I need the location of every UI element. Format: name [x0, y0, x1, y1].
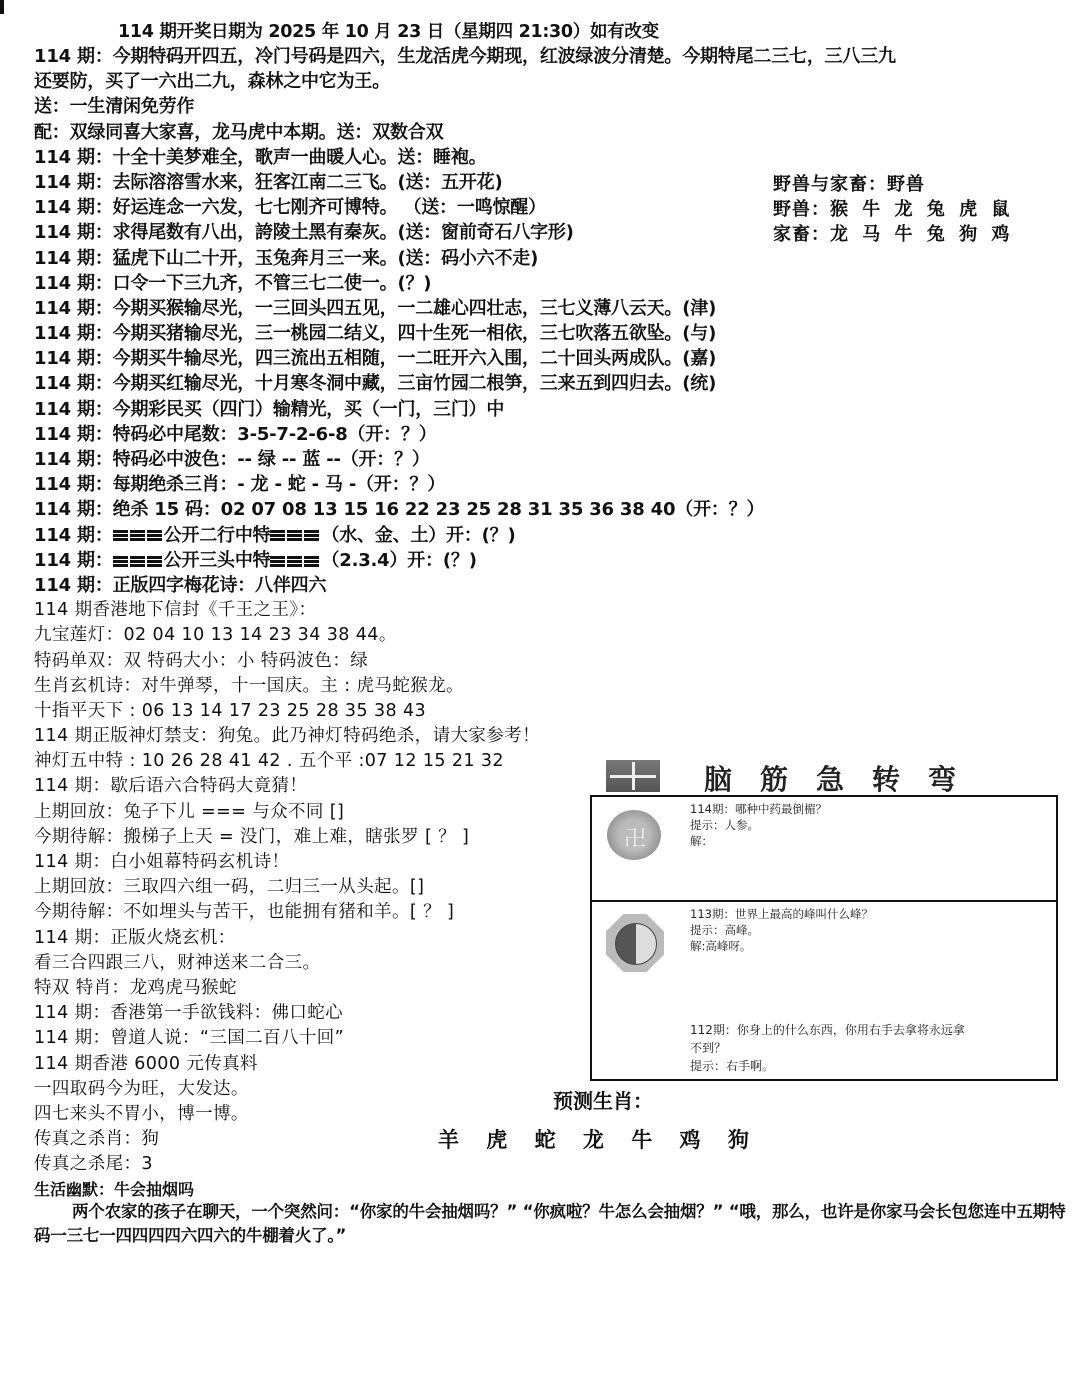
text-line: 114 期：今期买牛输尽光，四三流出五相随，一二旺开六入围，二十回头两成队。(嘉… [34, 346, 1072, 371]
text-line: 114 期：绝杀 15 码：02 07 08 13 15 16 22 23 25… [34, 497, 1072, 522]
bar-line: 114 期：公开三头中特（2.3.4）开：(？) [34, 548, 1072, 573]
text-line: 配：双绿同喜大家喜，龙马虎中本期。送：双数合双 [34, 120, 1072, 145]
teaser-114: 114期：哪种中药最倒楣？ 提示：人参。 解： [690, 801, 827, 849]
text-line: 114 期：今期买猴输尽光，一三回头四五见，一二雄心四壮志，三七义薄八云天。(津… [34, 296, 1072, 321]
teaser-header: 脑筋急转弯 [606, 758, 1056, 794]
animals-heading: 野兽与家畜：野兽 [773, 172, 1010, 197]
text-line: 传真之杀尾：3 [34, 1152, 1072, 1177]
text-line: 十指平天下 : 06 13 14 17 23 25 28 35 38 43 [34, 699, 1072, 724]
wild-domestic-block: 野兽与家畜：野兽 野兽：猴 牛 龙 兔 虎 鼠 家畜：龙 马 牛 兔 狗 鸡 [773, 172, 1010, 247]
bar-glyph-icon [113, 548, 164, 573]
humor-body: 两个农家的孩子在聊天，一个突然问：“你家的牛会抽烟吗？” “你疯啦？牛怎么会抽烟… [34, 1200, 1070, 1248]
teaser-panel: 卍 114期：哪种中药最倒楣？ 提示：人参。 解： 113期：世界上最高的峰叫什… [590, 795, 1058, 1081]
text-line: 生肖玄机诗：对牛弹琴，十一国庆。主 : 虎马蛇猴龙。 [34, 674, 1072, 699]
bagua-yin-yang-icon [606, 914, 664, 972]
prediction-label: 预测生肖： [553, 1085, 653, 1114]
teaser-title: 脑筋急转弯 [704, 758, 984, 798]
text-line: 送：一生清闲免劳作 [34, 94, 1072, 119]
text-line: 还要防，买了一六出二九，森林之中它为王。 [34, 69, 1072, 94]
text-line: 114 期：正版四字梅花诗：八伴四六 [34, 573, 1072, 598]
text-line: 114 期：每期绝杀三肖：- 龙 - 蛇 - 马 -（开：？） [34, 472, 1072, 497]
text-line: 114 期：猛虎下山二十开，玉兔奔月三一来。(送：码小六不走) [34, 246, 1072, 271]
teaser-logo-icon [606, 760, 660, 792]
text-line: 特码单双：双 特码大小：小 特码波色：绿 [34, 649, 1072, 674]
bar-glyph-icon [270, 523, 321, 548]
text-line: 114 期：今期特码开四五，冷门号码是四六，生龙活虎今期现，红波绿波分清楚。今期… [34, 44, 1072, 69]
text-line: 114 期正版神灯禁支：狗兔。此乃神灯特码绝杀，请大家参考！ [34, 724, 1072, 749]
swastika-medallion-icon: 卍 [607, 810, 661, 860]
text-line: 114 期：特码必中尾数：3-5-7-2-6-8（开：？） [34, 422, 1072, 447]
text-line: 九宝莲灯：02 04 10 13 14 23 34 38 44。 [34, 623, 1072, 648]
animals-domestic: 家畜：龙 马 牛 兔 狗 鸡 [773, 222, 1010, 247]
text-line: 114 期：口令一下三九齐，不管三七二使一。(？) [34, 271, 1072, 296]
text-line: 114 期：特码必中波色：-- 绿 -- 蓝 --（开：？） [34, 447, 1072, 472]
page-title: 114 期开奖日期为 2025 年 10 月 23 日（星期四 21:30）如有… [118, 18, 718, 43]
animals-wild: 野兽：猴 牛 龙 兔 虎 鼠 [773, 197, 1010, 222]
bar-line: 114 期：公开二行中特（水、金、土）开：(？) [34, 523, 1072, 548]
text-line: 114 期：今期买猪输尽光，三一桃园二结义，四十生死一相依，三七吹落五欲坠。(与… [34, 321, 1072, 346]
text-line: 114 期：今期彩民买（四门）输精光，买（一门，三门）中 [34, 397, 1072, 422]
teaser-113: 113期：世界上最高的峰叫什么峰？ 提示：高峰。 解:高峰呀。 [690, 906, 873, 954]
bar-glyph-icon [113, 523, 164, 548]
humor-title: 生活幽默：牛会抽烟吗 [34, 1177, 194, 1200]
text-line: 114 期香港地下信封《千王之王》： [34, 598, 1072, 623]
corner-mark [0, 0, 4, 14]
prediction-zodiacs: 羊 虎 蛇 龙 牛 鸡 狗 [438, 1124, 759, 1154]
teaser-divider [592, 900, 1056, 902]
bar-glyph-icon [270, 548, 321, 573]
text-line: 114 期：十全十美梦难全，歌声一曲暖人心。送：睡袍。 [34, 145, 1072, 170]
teaser-112: 112期：你身上的什么东西，你用右手去拿将永远拿 不到？ 提示：右手啊。 [690, 1021, 965, 1075]
text-line: 114 期：今期买红输尽光，十月寒冬洞中藏，三亩竹园二根笋，三来五到四归去。(统… [34, 371, 1072, 396]
